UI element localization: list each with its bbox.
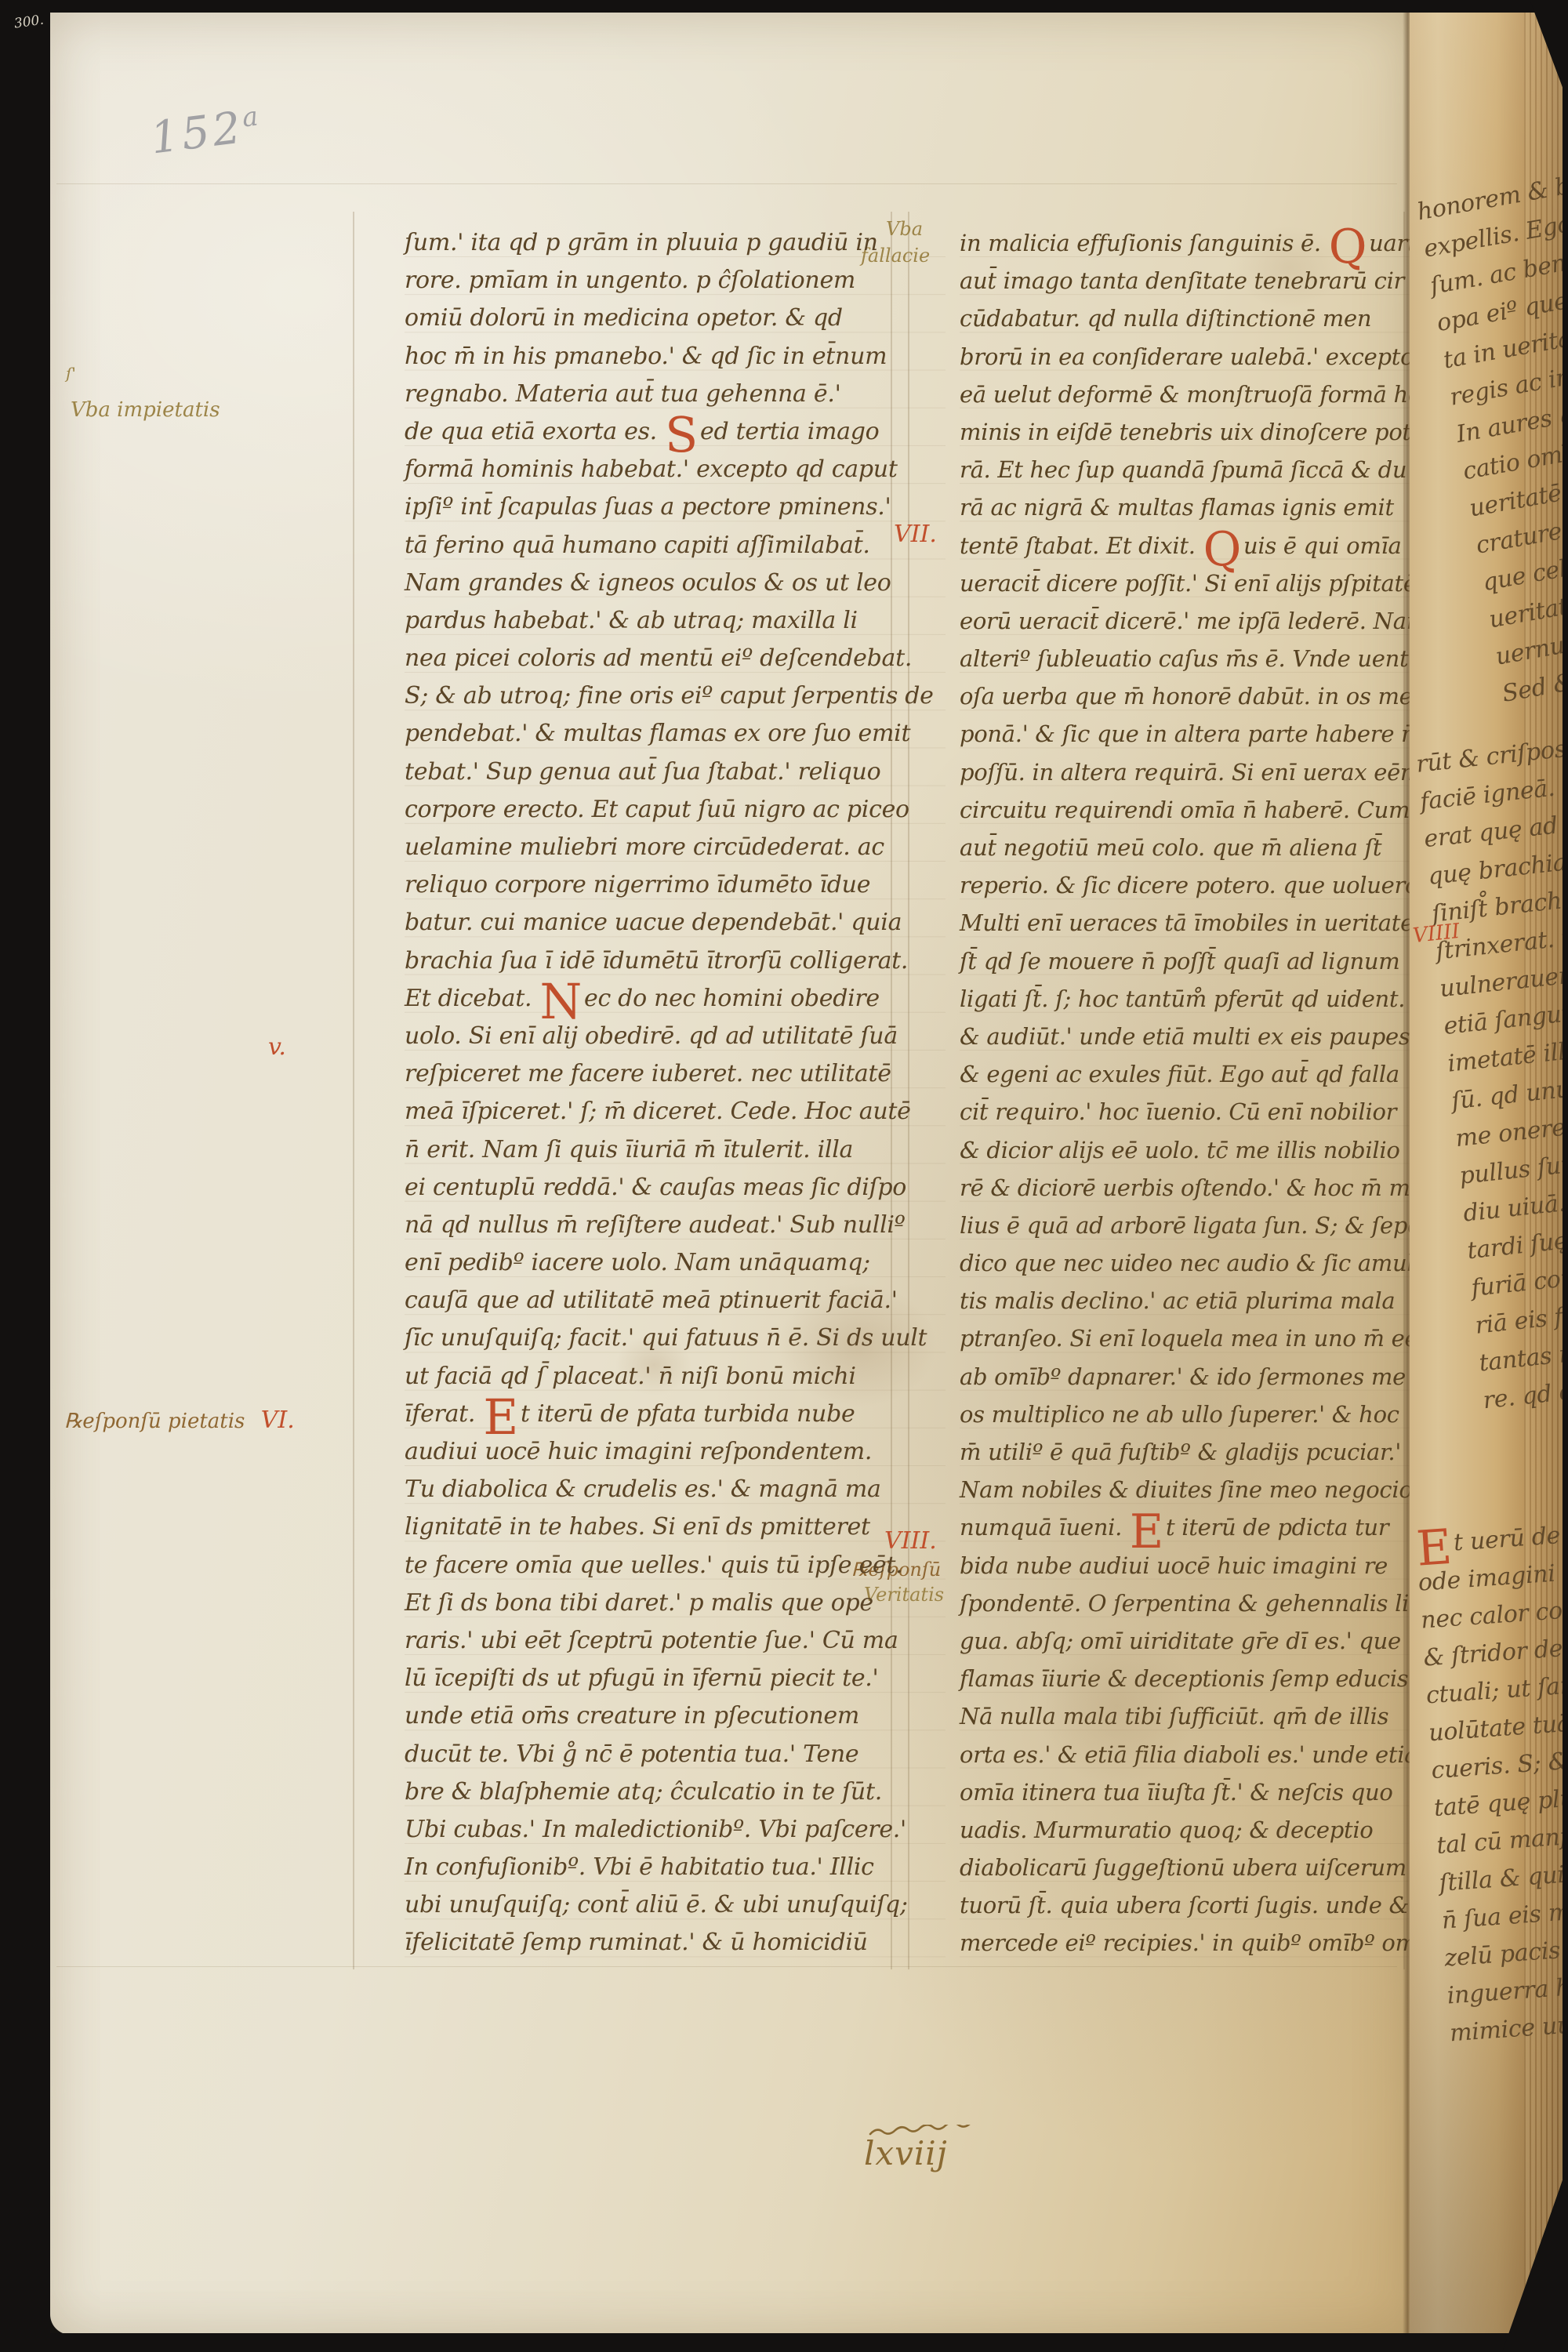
photo-border-top — [0, 0, 1568, 13]
manuscript-line: & audiūt.' unde etiā multi ex eis paupes — [960, 1018, 1458, 1055]
manuscript-line: dico que nec uideo nec audio & ſic amul — [960, 1244, 1458, 1282]
ruling-line-vertical — [353, 212, 354, 1969]
responsum-pietatis-text: ℞eſponſū pietatis — [64, 1410, 245, 1433]
manuscript-line: ducūt te. Vbi g̊ nc̄ ē potentia tua.' Te… — [405, 1736, 946, 1773]
manuscript-line: ponā.' & ſic que in altera parte habere … — [960, 715, 1458, 753]
manuscript-line: brorū in ea conſiderare ualebā.' excepto… — [960, 338, 1458, 376]
manuscript-line: tuorū ſt̄. quia ubera ſcorti ſugis. unde… — [960, 1886, 1458, 1924]
manuscript-line: audiui uocē huic imagini reſpondentem. — [405, 1433, 946, 1471]
manuscript-line: bida nube audiui uocē huic imagini re — [960, 1547, 1458, 1584]
manuscript-line: ipſiº int̄ ſcapulas ſuas a pectore pmine… — [405, 488, 946, 526]
manuscript-line: uolo. Si enī alij obedirē. qd ad utilita… — [405, 1018, 946, 1055]
manuscript-line: flamas īiurie & deceptionis ſemp educis. — [960, 1660, 1458, 1697]
pencil-folio-digits: 152 — [148, 102, 247, 164]
manuscript-line: ptranſeo. Si enī loquela mea in uno m̄ e… — [960, 1319, 1458, 1357]
manuscript-line: cauſā que ad utilitatē meā ptinuerit fac… — [405, 1282, 946, 1319]
manuscript-line: rā ac nigrā & multas flamas ignis emit — [960, 488, 1458, 526]
manuscript-line: ueracit̄ dicere poſſit.' Si enī alijs pſ… — [960, 564, 1458, 602]
manuscript-line: S; & ab utroq; fine oris eiº caput ſerpe… — [405, 677, 946, 715]
manuscript-line: ligati ſt̄. ſ; hoc tantūm̊ pferūt qd uid… — [960, 980, 1458, 1018]
manuscript-line: Nam grandes & igneos oculos & os ut leo — [405, 564, 946, 602]
manuscript-line: Nam nobiles & diuites ſine meo negocio — [960, 1471, 1458, 1508]
fore-edge-strip: honorem & beatituexpellis. Ego aut̄ inſu… — [1410, 0, 1568, 2352]
manuscript-line: ei centuplū reddā.' & cauſas meas ſic di… — [405, 1169, 946, 1207]
margin-tick: ſ' — [66, 364, 76, 383]
ruling-line-horizontal — [56, 183, 1397, 184]
manuscript-line: rore. pmīam in ungento. p ĉſolationem — [405, 262, 946, 299]
manuscript-line: Multi enī ueraces tā īmobiles in ueritat… — [960, 904, 1458, 942]
next-leaf-text-middle: rūt & criſpos ac nigfaciē igneā. Cappa a… — [1414, 712, 1568, 1420]
manuscript-line: de qua etiā exorta es. Sed tertia imago — [405, 413, 946, 451]
manuscript-line: ſpondentē. O ſerpentina & gehennalis lin — [960, 1584, 1458, 1622]
manuscript-line: reperio. & ſic dicere potero. que uoluer… — [960, 866, 1458, 904]
manuscript-line: reſpiceret me facere iuberet. nec utilit… — [405, 1055, 946, 1093]
manuscript-line: & egeni ac exules fiūt. Ego aut̄ qd fall… — [960, 1055, 1458, 1093]
manuscript-line: minis in eiſdē tenebris uix dinoſcere po… — [960, 413, 1458, 451]
manuscript-line: Ubi cubas.' In maledictionibº. Vbi paſce… — [405, 1811, 946, 1849]
manuscript-line: aut̄ imago tanta denſitate tenebrarū cir — [960, 262, 1458, 299]
manuscript-line: n̄ erit. Nam ſi quis īiuriā m̄ ītulerit.… — [405, 1131, 946, 1169]
manuscript-line: enī pedibº iacere uolo. Nam unāquamq; — [405, 1244, 946, 1282]
margin-note-verba-impietatis: Vba impietatis — [71, 398, 220, 422]
manuscript-line: reliquo corpore nigerrimo īdumēto īdue — [405, 866, 946, 904]
manuscript-line: unde etiā om̄s creature in pſecutionem — [405, 1697, 946, 1735]
manuscript-line: cūdabatur. qd nulla diſtinctionē men — [960, 299, 1458, 337]
quire-numeral: lxviij — [864, 2125, 986, 2172]
manuscript-line: alteriº ſubleuatio caſus m̄s ē. Vnde uen… — [960, 640, 1458, 677]
manuscript-line: brachia ſua ī idē īdumētū ītrorſū collig… — [405, 942, 946, 980]
manuscript-line: eorū ueracit̄ dicerē.' me ipſā lederē. N… — [960, 602, 1458, 640]
manuscript-line: rā. Et hec ſup quandā ſpumā ſiccā & du — [960, 451, 1458, 488]
manuscript-line: circuitu requirendi omīa n̄ haberē. Cum — [960, 791, 1458, 829]
manuscript-line: Et ſi ds bona tibi daret.' p malis que o… — [405, 1584, 946, 1622]
manuscript-line: tebat.' Sup genua aut̄ ſua ſtabat.' reli… — [405, 753, 946, 791]
manuscript-line: pendebat.' & multas flamas ex ore ſuo em… — [405, 715, 946, 753]
manuscript-line: tā ferino quā humano capiti aſſimilabat̄… — [405, 527, 946, 564]
manuscript-line: mercede eiº recipies.' in quibº omībº om… — [960, 1924, 1458, 1962]
manuscript-line: batur. cui manice uacue dependebāt.' qui… — [405, 904, 946, 942]
manuscript-line: In confuſionibº. Vbi ē habitatio tua.' I… — [405, 1849, 946, 1886]
manuscript-line: Et dicebat. Nec do nec homini obedire — [405, 980, 946, 1018]
manuscript-line: in malicia effuſionis ſanguinis ē. Quart… — [960, 224, 1458, 262]
manuscript-line: lū īcepiſti ds ut pfugū in īfernū piecit… — [405, 1660, 946, 1697]
quire-numeral-text: lxviij — [864, 2134, 948, 2172]
manuscript-line: raris.' ubi eēt ſceptrū potentie ſue.' C… — [405, 1622, 946, 1660]
margin-chapter-vi: VI. — [261, 1406, 295, 1434]
manuscript-line: lius ē quā ad arborē ligata ſun. S; & ſe… — [960, 1207, 1458, 1244]
manuscript-line: hoc m̄ in his pmanebo.' & qd ſic in et̄n… — [405, 338, 946, 376]
manuscript-page: 152a ſ' Vba impietatis v. ℞eſponſū pieta… — [50, 13, 1410, 2335]
manuscript-line: rē & diciorē uerbis oſtendo.' & hoc m̄ m… — [960, 1169, 1458, 1207]
manuscript-line: īfelicitatē ſemp ruminat.' & ū homicidiū — [405, 1924, 946, 1962]
manuscript-line: eā uelut deformē & monſtruoſā formā ho — [960, 376, 1458, 413]
photo-border-right — [1563, 0, 1568, 2352]
pencil-folio-suffix: a — [241, 100, 263, 133]
manuscript-line: te facere omīa que uelles.' quis tū ipſe… — [405, 1547, 946, 1584]
manuscript-line: meā īſpiceret.' ſ; m̄ diceret. Cede. Hoc… — [405, 1093, 946, 1131]
photo-border-bottom — [0, 2333, 1568, 2352]
ruling-line-horizontal — [56, 1966, 1397, 1967]
manuscript-line: cit̄ requiro.' hoc īuenio. Cū enī nobili… — [960, 1093, 1458, 1131]
manuscript-line: uadis. Murmuratio quoq; & deceptio — [960, 1811, 1458, 1849]
manuscript-line: numquā īueni. Et iterū de pdicta tur — [960, 1508, 1458, 1546]
manuscript-line: aut̄ negotiū meū colo. que m̄ aliena ſt̄ — [960, 829, 1458, 866]
manuscript-line: ſīc unuſquiſq; facit.' qui fatuus n̄ ē. … — [405, 1319, 946, 1357]
manuscript-photo: 152a ſ' Vba impietatis v. ℞eſponſū pieta… — [0, 0, 1568, 2352]
manuscript-line: m̄ utiliº ē quā fuſtibº & gladijs pcucia… — [960, 1433, 1458, 1471]
manuscript-line: tis malis declino.' ac etiā plurima mala — [960, 1282, 1458, 1319]
margin-chapter-v: v. — [268, 1033, 286, 1061]
manuscript-line: Nā nulla mala tibi ſufficiūt. qm̄ de ill… — [960, 1697, 1458, 1735]
manuscript-line: ſum.' ita qd p grām in pluuia p gaudiū i… — [405, 224, 946, 262]
text-column-left: ſum.' ita qd p grām in pluuia p gaudiū i… — [405, 224, 946, 1966]
manuscript-line: os multiplico ne ab ullo ſuperer.' & hoc — [960, 1396, 1458, 1433]
photo-border-left — [0, 0, 50, 2352]
margin-note-responsum-pietatis: ℞eſponſū pietatis VI. — [64, 1406, 295, 1434]
manuscript-line: omiū dolorū in medicina opetor. & qd — [405, 299, 946, 337]
manuscript-line: lignitatē in te habes. Si enī ds pmitter… — [405, 1508, 946, 1546]
manuscript-line: orta es.' & etiā filia diaboli es.' unde… — [960, 1736, 1458, 1773]
manuscript-line: diabolicarū ſuggeſtionū ubera uiſcerum — [960, 1849, 1458, 1886]
manuscript-line: poſſū. in altera requirā. Si enī uerax e… — [960, 753, 1458, 791]
manuscript-line: nea picei coloris ad mentū eiº deſcendeb… — [405, 640, 946, 677]
manuscript-line: īferat. Et iterū de pfata turbida nube — [405, 1396, 946, 1433]
manuscript-line: bre & blaſphemie atq; ĉculcatio in te ſū… — [405, 1773, 946, 1811]
next-leaf-text-bottom: Et uerū de pfata turbiode imagini reſpon… — [1414, 1504, 1568, 2053]
manuscript-line: pardus habebat.' & ab utraq; maxilla li — [405, 602, 946, 640]
pencil-folio-number: 152a — [148, 100, 266, 165]
manuscript-line: gua. abſq; omī uiriditate gr̄e dī es.' q… — [960, 1622, 1458, 1660]
manuscript-line: corpore erecto. Et caput ſuū nigro ac pi… — [405, 791, 946, 829]
manuscript-line: ab omībº dapnarer.' & ido ſermones me — [960, 1358, 1458, 1396]
manuscript-line: omīa itinera tua īiuſta ſt̄.' & neſcis q… — [960, 1773, 1458, 1811]
manuscript-line: oſa uerba que m̄ honorē dabūt. in os meū — [960, 677, 1458, 715]
margin-chapter-viiii: VIIII — [1412, 920, 1461, 948]
manuscript-line: uelamine muliebri more circūdederat. ac — [405, 829, 946, 866]
text-column-right: in malicia effuſionis ſanguinis ē. Quart… — [960, 224, 1458, 1966]
manuscript-line: ſt̄ qd ſe mouere n̄ poſſt̄ quaſi ad lign… — [960, 942, 1458, 980]
manuscript-line: & dicior alijs eē uolo. tc̄ me illis nob… — [960, 1131, 1458, 1169]
manuscript-line: Tu diabolica & crudelis es.' & magnā ma — [405, 1471, 946, 1508]
manuscript-line: tentē ſtabat. Et dixit. Quis ē qui omīa — [960, 527, 1458, 564]
manuscript-line: ubi unuſquiſq; cont̄ aliū ē. & ubi unuſq… — [405, 1886, 946, 1924]
next-leaf-text-top: honorem & beatituexpellis. Ego aut̄ inſu… — [1414, 137, 1568, 713]
manuscript-line: nā qd nullus m̄ reſiſtere audeat.' Sub n… — [405, 1207, 946, 1244]
manuscript-line: formā hominis habebat.' excepto qd caput — [405, 451, 946, 488]
